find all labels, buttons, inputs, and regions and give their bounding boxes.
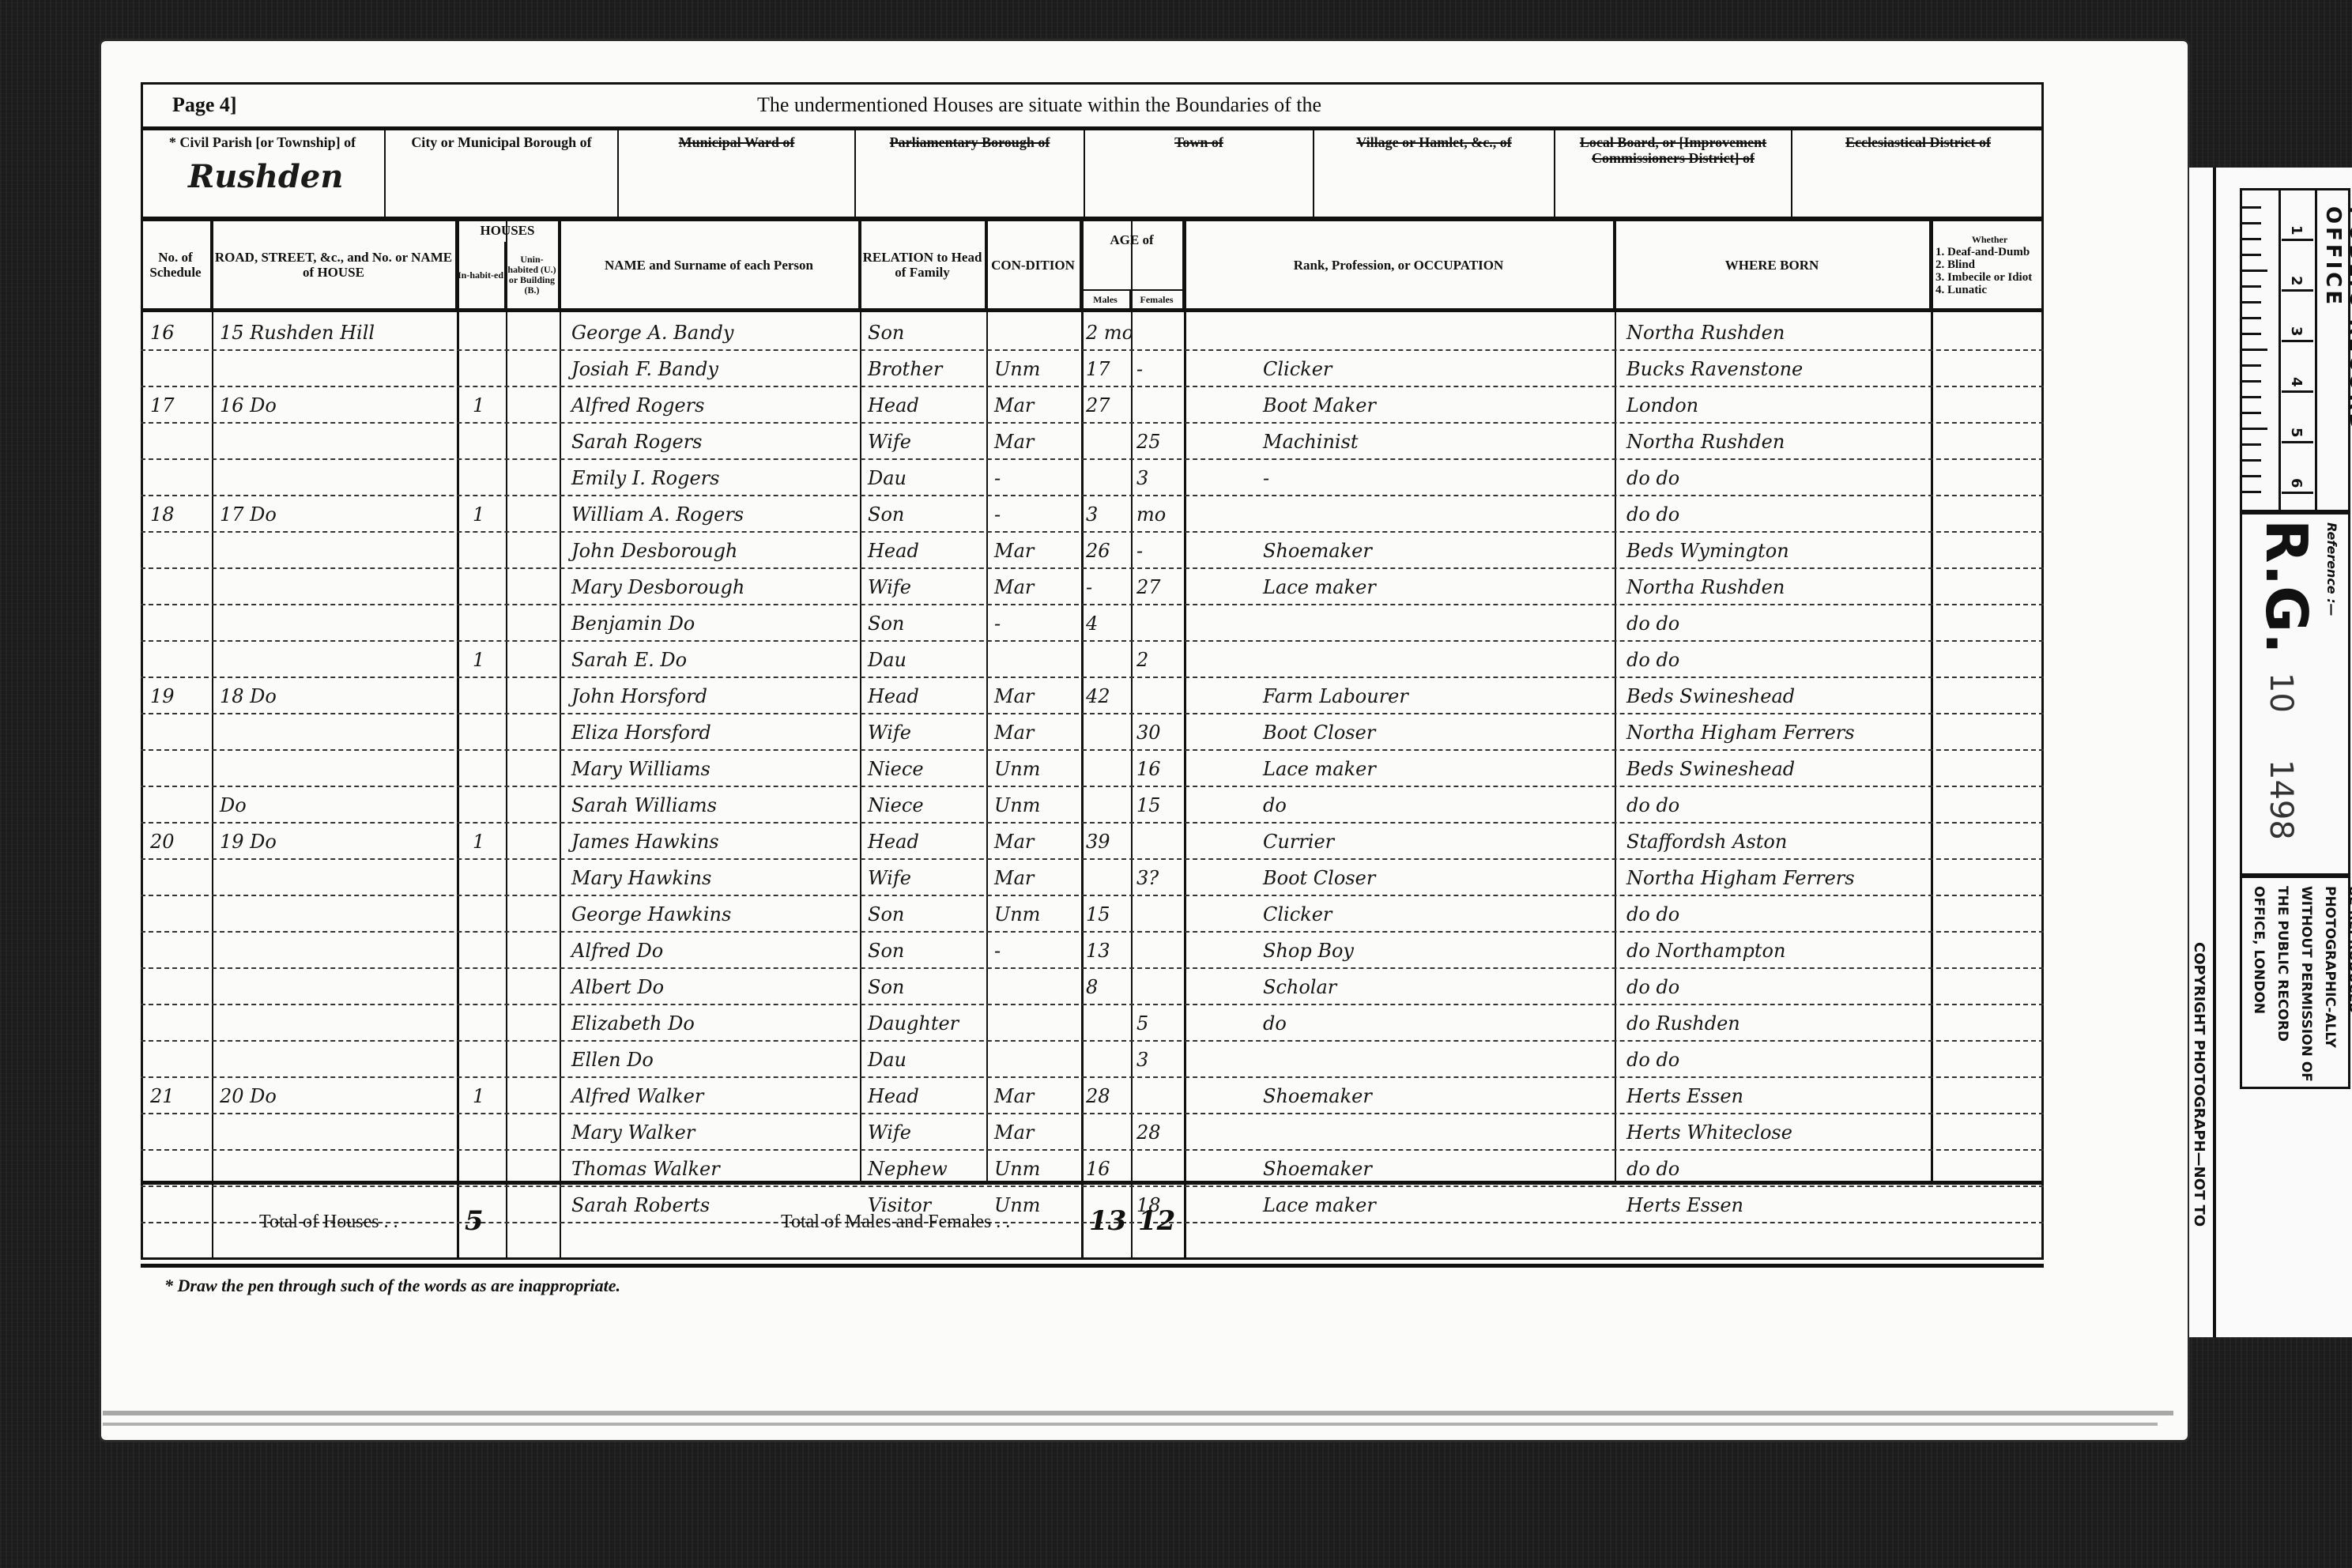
scale-segment: 2 bbox=[2282, 241, 2313, 292]
scale-segment: 4 bbox=[2282, 342, 2313, 393]
scale-number: 6 bbox=[2288, 478, 2305, 488]
table-row: 1Sarah E. DoDau2do do bbox=[141, 642, 2044, 678]
cell-name: Sarah Williams bbox=[571, 787, 717, 824]
cell-occupation: Lace maker bbox=[1263, 751, 1376, 787]
cell-name: Mary Walker bbox=[571, 1114, 695, 1151]
census-form: Page 4] The undermentioned Houses are si… bbox=[141, 82, 2044, 1315]
cell-where-born: Beds Wymington bbox=[1626, 533, 1789, 569]
table-row: Eliza HorsfordWifeMar30Boot CloserNortha… bbox=[141, 714, 2044, 751]
cell-condition: Mar bbox=[994, 824, 1034, 860]
cell-female-age: 28 bbox=[1136, 1114, 1161, 1151]
cell-condition: - bbox=[994, 605, 1001, 642]
cell-female-age: 30 bbox=[1136, 714, 1161, 751]
table-row: 1615 Rushden HillGeorge A. BandySon2 moN… bbox=[141, 315, 2044, 351]
cell-relation: Son bbox=[868, 605, 904, 642]
cell-relation: Son bbox=[868, 315, 904, 351]
header-condition: CON-DITION bbox=[986, 221, 1081, 308]
boundary-label: Municipal Ward of bbox=[619, 134, 854, 150]
table-row: 1918 DoJohn HorsfordHeadMar42Farm Labour… bbox=[141, 678, 2044, 714]
cell-relation: Head bbox=[868, 387, 919, 424]
reference-box: Reference :— R.G. 10 1498 bbox=[2240, 512, 2350, 876]
cell-relation: Son bbox=[868, 496, 904, 533]
cell-where-born: Staffordsh Aston bbox=[1626, 824, 1787, 860]
cell-name: Alfred Walker bbox=[571, 1078, 703, 1114]
table-row: Josiah F. BandyBrotherUnm17-ClickerBucks… bbox=[141, 351, 2044, 387]
cell-female-age: 3 bbox=[1136, 460, 1148, 496]
total-houses-value: 5 bbox=[465, 1205, 484, 1237]
ruler-tick bbox=[2242, 301, 2261, 303]
header-whether-label: Whether bbox=[1972, 233, 2007, 246]
header-road: ROAD, STREET, &c., and No. or NAME of HO… bbox=[212, 221, 457, 308]
cell-where-born: do do bbox=[1626, 460, 1679, 496]
cell-female-age: 5 bbox=[1136, 1005, 1148, 1042]
scale-number: 2 bbox=[2288, 276, 2305, 286]
ruler-tick bbox=[2242, 364, 2261, 367]
cell-schedule: 17 bbox=[150, 387, 175, 424]
cell-where-born: London bbox=[1626, 387, 1698, 424]
cell-name: William A. Rogers bbox=[571, 496, 744, 533]
scale-number: 5 bbox=[2288, 428, 2305, 438]
cell-male-age: - bbox=[1086, 569, 1092, 605]
cell-road: 15 Rushden Hill bbox=[220, 315, 375, 351]
cell-condition: Mar bbox=[994, 424, 1034, 460]
ruler-tick bbox=[2242, 222, 2261, 224]
cell-name: Eliza Horsford bbox=[571, 714, 711, 751]
cell-occupation: Clicker bbox=[1263, 896, 1332, 933]
cell-road: 20 Do bbox=[220, 1078, 277, 1114]
cell-condition: Mar bbox=[994, 1114, 1034, 1151]
cell-female-age: 16 bbox=[1136, 751, 1161, 787]
cell-condition: Mar bbox=[994, 1078, 1034, 1114]
reference-piece: 10 bbox=[2263, 673, 2299, 713]
cell-where-born: do do bbox=[1626, 496, 1679, 533]
cell-road: 16 Do bbox=[220, 387, 277, 424]
table-row: Elizabeth DoDaughter5dodo Rushden bbox=[141, 1005, 2044, 1042]
cell-male-age: 8 bbox=[1086, 969, 1098, 1005]
column-headers: No. of Schedule ROAD, STREET, &c., and N… bbox=[141, 221, 2044, 312]
cell-female-age: 2 bbox=[1136, 642, 1148, 678]
cell-road: 18 Do bbox=[220, 678, 277, 714]
table-row: Mary HawkinsWifeMar3?Boot CloserNortha H… bbox=[141, 860, 2044, 896]
cell-condition: - bbox=[994, 933, 1001, 969]
boundary-local-board: Local Board, or [Improvement Commissione… bbox=[1555, 130, 1792, 217]
boundary-village: Village or Hamlet, &c., of bbox=[1314, 130, 1555, 217]
cell-condition: Mar bbox=[994, 569, 1034, 605]
cell-occupation: Lace maker bbox=[1263, 569, 1376, 605]
cell-name: George A. Bandy bbox=[571, 315, 733, 351]
cell-road: 17 Do bbox=[220, 496, 277, 533]
ruler-tick bbox=[2242, 475, 2261, 477]
scale-segment: 1 bbox=[2282, 190, 2313, 241]
cell-relation: Dau bbox=[868, 1042, 906, 1078]
header-whether-item: 1. Deaf-and-Dumb bbox=[1935, 246, 2030, 258]
cell-where-born: Herts Whiteclose bbox=[1626, 1114, 1792, 1151]
cell-condition: Mar bbox=[994, 714, 1034, 751]
office-label: PUBLIC RECORD OFFICE bbox=[2321, 206, 2352, 510]
cell-name: James Hawkins bbox=[571, 824, 719, 860]
cell-female-age: mo bbox=[1136, 496, 1166, 533]
boundaries-row: * Civil Parish [or Township] of Rushden … bbox=[141, 130, 2044, 221]
totals-row: Total of Houses . . 5 Total of Males and… bbox=[141, 1181, 2044, 1268]
boundary-civil-parish: * Civil Parish [or Township] of Rushden bbox=[141, 130, 386, 217]
copyright-edge-text: COPYRIGHT PHOTOGRAPH—NOT TO bbox=[2191, 942, 2207, 1227]
cell-relation: Niece bbox=[868, 787, 924, 824]
boundary-ecclesiastical: Ecclesiastical District of bbox=[1792, 130, 2044, 217]
cell-name: John Horsford bbox=[571, 678, 707, 714]
cell-female-age: 3 bbox=[1136, 1042, 1148, 1078]
copyright-notice: COPYRIGHT PHOTOGRAPH—NOT TO BE REPRODUCE… bbox=[2247, 886, 2352, 1084]
form-title: The undermentioned Houses are situate wi… bbox=[757, 93, 1321, 117]
table-row: 1817 Do1William A. RogersSon-3modo do bbox=[141, 496, 2044, 533]
cell-male-age: 4 bbox=[1086, 605, 1098, 642]
table-row: Ellen DoDau3do do bbox=[141, 1042, 2044, 1078]
table-row: Alfred DoSon-13Shop Boydo Northampton bbox=[141, 933, 2044, 969]
page-edge bbox=[103, 1423, 2158, 1426]
cell-where-born: Herts Essen bbox=[1626, 1078, 1743, 1114]
cell-where-born: Beds Swineshead bbox=[1626, 678, 1795, 714]
ruler-tick bbox=[2242, 317, 2261, 319]
footnote: * Draw the pen through such of the words… bbox=[164, 1276, 620, 1296]
cell-condition: Unm bbox=[994, 896, 1040, 933]
header-where-born: WHERE BORN bbox=[1615, 221, 1931, 308]
total-males-value: 13 bbox=[1089, 1205, 1126, 1237]
form-header: Page 4] The undermentioned Houses are si… bbox=[141, 82, 2044, 130]
scale-segment: 5 bbox=[2282, 393, 2313, 443]
total-females-value: 12 bbox=[1138, 1205, 1175, 1237]
header-schedule: No. of Schedule bbox=[141, 221, 212, 308]
cell-male-age: 17 bbox=[1086, 351, 1110, 387]
cell-relation: Wife bbox=[868, 424, 911, 460]
scale-ruler: PUBLIC RECORD OFFICE 123456 bbox=[2240, 188, 2350, 512]
cell-occupation: Clicker bbox=[1263, 351, 1332, 387]
table-row: Sarah RogersWifeMar25MachinistNortha Rus… bbox=[141, 424, 2044, 460]
table-row: 2019 Do1James HawkinsHeadMar39CurrierSta… bbox=[141, 824, 2044, 860]
cell-name: Josiah F. Bandy bbox=[571, 351, 718, 387]
ruler-tick bbox=[2242, 333, 2261, 335]
page-edge bbox=[103, 1411, 2173, 1415]
cell-female-age: 3? bbox=[1136, 860, 1159, 896]
cell-inhabited: 1 bbox=[473, 496, 484, 533]
cell-name: Sarah E. Do bbox=[571, 642, 687, 678]
cell-occupation: - bbox=[1263, 460, 1269, 496]
ruler-tick bbox=[2242, 443, 2261, 446]
cell-where-born: Northa Higham Ferrers bbox=[1626, 714, 1855, 751]
cell-occupation: Boot Maker bbox=[1263, 387, 1376, 424]
cell-male-age: 15 bbox=[1086, 896, 1110, 933]
page-number: Page 4] bbox=[172, 93, 237, 117]
cell-occupation: Scholar bbox=[1263, 969, 1336, 1005]
ruler-tick bbox=[2242, 269, 2267, 272]
copyright-box: COPYRIGHT PHOTOGRAPH—NOT TO BE REPRODUCE… bbox=[2240, 876, 2350, 1089]
cell-schedule: 16 bbox=[150, 315, 175, 351]
header-name: NAME and Surname of each Person bbox=[560, 221, 860, 308]
cell-relation: Dau bbox=[868, 460, 906, 496]
cell-name: Mary Desborough bbox=[571, 569, 744, 605]
reference-strip: PUBLIC RECORD OFFICE 123456 Reference :—… bbox=[2213, 168, 2352, 1337]
cell-where-born: Northa Rushden bbox=[1626, 569, 1785, 605]
cell-relation: Niece bbox=[868, 751, 924, 787]
cell-schedule: 19 bbox=[150, 678, 175, 714]
cell-condition: Unm bbox=[994, 351, 1040, 387]
header-males: Males bbox=[1081, 289, 1131, 308]
cell-occupation: Currier bbox=[1263, 824, 1334, 860]
cell-occupation: Shoemaker bbox=[1263, 533, 1372, 569]
boundary-label: City or Municipal Borough of bbox=[386, 134, 617, 150]
cell-occupation: Shoemaker bbox=[1263, 1078, 1372, 1114]
reference-number: 1498 bbox=[2263, 759, 2299, 840]
cell-female-age: 27 bbox=[1136, 569, 1161, 605]
cell-where-born: do do bbox=[1626, 605, 1679, 642]
cell-relation: Head bbox=[868, 824, 919, 860]
boundary-label: Town of bbox=[1085, 134, 1313, 150]
ruler-tick bbox=[2242, 206, 2261, 209]
cell-condition: Unm bbox=[994, 751, 1040, 787]
cell-where-born: do do bbox=[1626, 1042, 1679, 1078]
cell-condition: Mar bbox=[994, 533, 1034, 569]
cell-inhabited: 1 bbox=[473, 824, 484, 860]
header-uninhabited: Unin-habited (U.) or Building (B.) bbox=[506, 242, 560, 308]
cell-where-born: Bucks Ravenstone bbox=[1626, 351, 1803, 387]
table-row: George HawkinsSonUnm15Clickerdo do bbox=[141, 896, 2044, 933]
cell-name: Alfred Do bbox=[571, 933, 663, 969]
boundary-label: Ecclesiastical District of bbox=[1792, 134, 2044, 150]
cell-female-age: 25 bbox=[1136, 424, 1161, 460]
cell-relation: Wife bbox=[868, 569, 911, 605]
cell-name: Alfred Rogers bbox=[571, 387, 704, 424]
table-row: Mary WalkerWifeMar28Herts Whiteclose bbox=[141, 1114, 2044, 1151]
cell-female-age: - bbox=[1136, 351, 1143, 387]
header-females: Females bbox=[1131, 289, 1184, 308]
cell-where-born: do Northampton bbox=[1626, 933, 1785, 969]
cell-name: Ellen Do bbox=[571, 1042, 654, 1078]
table-row: 2120 Do1Alfred WalkerHeadMar28ShoemakerH… bbox=[141, 1078, 2044, 1114]
cell-relation: Dau bbox=[868, 642, 906, 678]
cell-male-age: 3 bbox=[1086, 496, 1098, 533]
cell-where-born: Northa Rushden bbox=[1626, 315, 1785, 351]
cell-relation: Head bbox=[868, 1078, 919, 1114]
cell-relation: Brother bbox=[868, 351, 942, 387]
boundary-value: Rushden bbox=[188, 169, 343, 185]
cell-inhabited: 1 bbox=[473, 387, 484, 424]
header-relation: RELATION to Head of Family bbox=[860, 221, 986, 308]
cell-name: George Hawkins bbox=[571, 896, 731, 933]
total-persons-label: Total of Males and Females . . bbox=[781, 1212, 1010, 1233]
cell-male-age: 13 bbox=[1086, 933, 1110, 969]
cell-relation: Wife bbox=[868, 1114, 911, 1151]
cell-occupation: Shop Boy bbox=[1263, 933, 1354, 969]
cell-female-age: 15 bbox=[1136, 787, 1161, 824]
header-whether-item: 4. Lunatic bbox=[1935, 284, 1987, 296]
ruler-tick bbox=[2242, 412, 2261, 414]
ruler-tick bbox=[2242, 396, 2261, 398]
ruler-tick bbox=[2242, 491, 2261, 493]
cell-occupation: do bbox=[1263, 1005, 1287, 1042]
cell-male-age: 28 bbox=[1086, 1078, 1110, 1114]
ruler-tick bbox=[2242, 349, 2267, 351]
boundary-city: City or Municipal Borough of bbox=[386, 130, 619, 217]
cell-where-born: Northa Higham Ferrers bbox=[1626, 860, 1855, 896]
cell-occupation: Farm Labourer bbox=[1263, 678, 1408, 714]
ruler-tick bbox=[2242, 285, 2261, 288]
cell-relation: Daughter bbox=[868, 1005, 959, 1042]
cell-relation: Son bbox=[868, 933, 904, 969]
table-row: Benjamin DoSon-4do do bbox=[141, 605, 2044, 642]
cell-where-born: Beds Swineshead bbox=[1626, 751, 1795, 787]
cell-name: Albert Do bbox=[571, 969, 664, 1005]
cell-relation: Wife bbox=[868, 860, 911, 896]
cell-where-born: do do bbox=[1626, 787, 1679, 824]
cell-relation: Wife bbox=[868, 714, 911, 751]
ruler-divider bbox=[2315, 190, 2317, 510]
header-whether: Whether 1. Deaf-and-Dumb 2. Blind 3. Imb… bbox=[1931, 221, 2044, 308]
cell-road: 19 Do bbox=[220, 824, 277, 860]
cell-name: Mary Williams bbox=[571, 751, 710, 787]
cell-where-born: do Rushden bbox=[1626, 1005, 1740, 1042]
ruler-divider bbox=[2278, 190, 2281, 510]
boundary-label: Local Board, or [Improvement Commissione… bbox=[1555, 134, 1791, 166]
cell-female-age: - bbox=[1136, 533, 1143, 569]
scale-segment: 3 bbox=[2282, 292, 2313, 342]
cell-inhabited: 1 bbox=[473, 642, 484, 678]
cell-name: Benjamin Do bbox=[571, 605, 695, 642]
cell-where-born: do do bbox=[1626, 969, 1679, 1005]
cell-condition: Mar bbox=[994, 678, 1034, 714]
cell-condition: - bbox=[994, 496, 1001, 533]
cell-male-age: 27 bbox=[1086, 387, 1110, 424]
cell-relation: Son bbox=[868, 896, 904, 933]
boundary-parliamentary: Parliamentary Borough of bbox=[856, 130, 1085, 217]
cell-name: Mary Hawkins bbox=[571, 860, 711, 896]
table-row: 1716 Do1Alfred RogersHeadMar27Boot Maker… bbox=[141, 387, 2044, 424]
cell-occupation: Machinist bbox=[1263, 424, 1359, 460]
cell-condition: Mar bbox=[994, 387, 1034, 424]
table-row: Mary WilliamsNieceUnm16Lace makerBeds Sw… bbox=[141, 751, 2044, 787]
ruler-tick bbox=[2242, 238, 2261, 240]
ruler-tick bbox=[2242, 428, 2267, 430]
cell-name: John Desborough bbox=[571, 533, 737, 569]
cell-road: Do bbox=[220, 787, 247, 824]
scale-number: 3 bbox=[2288, 326, 2305, 337]
reference-class: R.G. bbox=[2253, 519, 2320, 654]
cell-relation: Head bbox=[868, 678, 919, 714]
cell-male-age: 2 mo bbox=[1086, 315, 1133, 351]
cell-condition: Unm bbox=[994, 787, 1040, 824]
table-row: John DesboroughHeadMar26-ShoemakerBeds W… bbox=[141, 533, 2044, 569]
total-houses-label: Total of Houses . . bbox=[259, 1212, 398, 1233]
ruler-tick bbox=[2242, 254, 2261, 256]
cell-occupation: do bbox=[1263, 787, 1287, 824]
boundary-label: Parliamentary Borough of bbox=[856, 134, 1084, 150]
cell-relation: Son bbox=[868, 969, 904, 1005]
header-occupation: Rank, Profession, or OCCUPATION bbox=[1184, 221, 1615, 308]
table-row: Mary DesboroughWifeMar-27Lace makerNorth… bbox=[141, 569, 2044, 605]
cell-male-age: 42 bbox=[1086, 678, 1110, 714]
strip-edge: COPYRIGHT PHOTOGRAPH—NOT TO bbox=[2189, 168, 2215, 1337]
reference-label: Reference :— bbox=[2324, 522, 2339, 616]
cell-name: Sarah Rogers bbox=[571, 424, 703, 460]
boundary-label: Village or Hamlet, &c., of bbox=[1314, 134, 1554, 150]
cell-name: Elizabeth Do bbox=[571, 1005, 695, 1042]
table-row: Emily I. RogersDau-3-do do bbox=[141, 460, 2044, 496]
scale-segment: 6 bbox=[2282, 443, 2313, 494]
cell-male-age: 26 bbox=[1086, 533, 1110, 569]
cell-occupation: Boot Closer bbox=[1263, 860, 1375, 896]
boundary-ward: Municipal Ward of bbox=[619, 130, 856, 217]
table-row: Albert DoSon8Scholardo do bbox=[141, 969, 2044, 1005]
cell-condition: Mar bbox=[994, 860, 1034, 896]
scale-number: 1 bbox=[2288, 225, 2305, 236]
ruler-tick bbox=[2242, 380, 2261, 383]
cell-condition: - bbox=[994, 460, 1001, 496]
header-inhabited: In-habit-ed bbox=[457, 242, 506, 308]
header-whether-item: 2. Blind bbox=[1935, 258, 1975, 271]
cell-male-age: 39 bbox=[1086, 824, 1110, 860]
cell-where-born: Northa Rushden bbox=[1626, 424, 1785, 460]
scale-number: 4 bbox=[2288, 377, 2305, 387]
cell-where-born: do do bbox=[1626, 642, 1679, 678]
cell-where-born: do do bbox=[1626, 896, 1679, 933]
ruler-tick bbox=[2242, 459, 2261, 462]
cell-schedule: 21 bbox=[150, 1078, 175, 1114]
header-whether-item: 3. Imbecile or Idiot bbox=[1935, 271, 2032, 284]
cell-inhabited: 1 bbox=[473, 1078, 484, 1114]
table-row: DoSarah WilliamsNieceUnm15dodo do bbox=[141, 787, 2044, 824]
cell-schedule: 18 bbox=[150, 496, 175, 533]
cell-name: Emily I. Rogers bbox=[571, 460, 719, 496]
boundary-town: Town of bbox=[1085, 130, 1314, 217]
cell-relation: Head bbox=[868, 533, 919, 569]
cell-occupation: Boot Closer bbox=[1263, 714, 1375, 751]
boundary-label: * Civil Parish [or Township] of bbox=[141, 134, 384, 150]
cell-schedule: 20 bbox=[150, 824, 175, 860]
